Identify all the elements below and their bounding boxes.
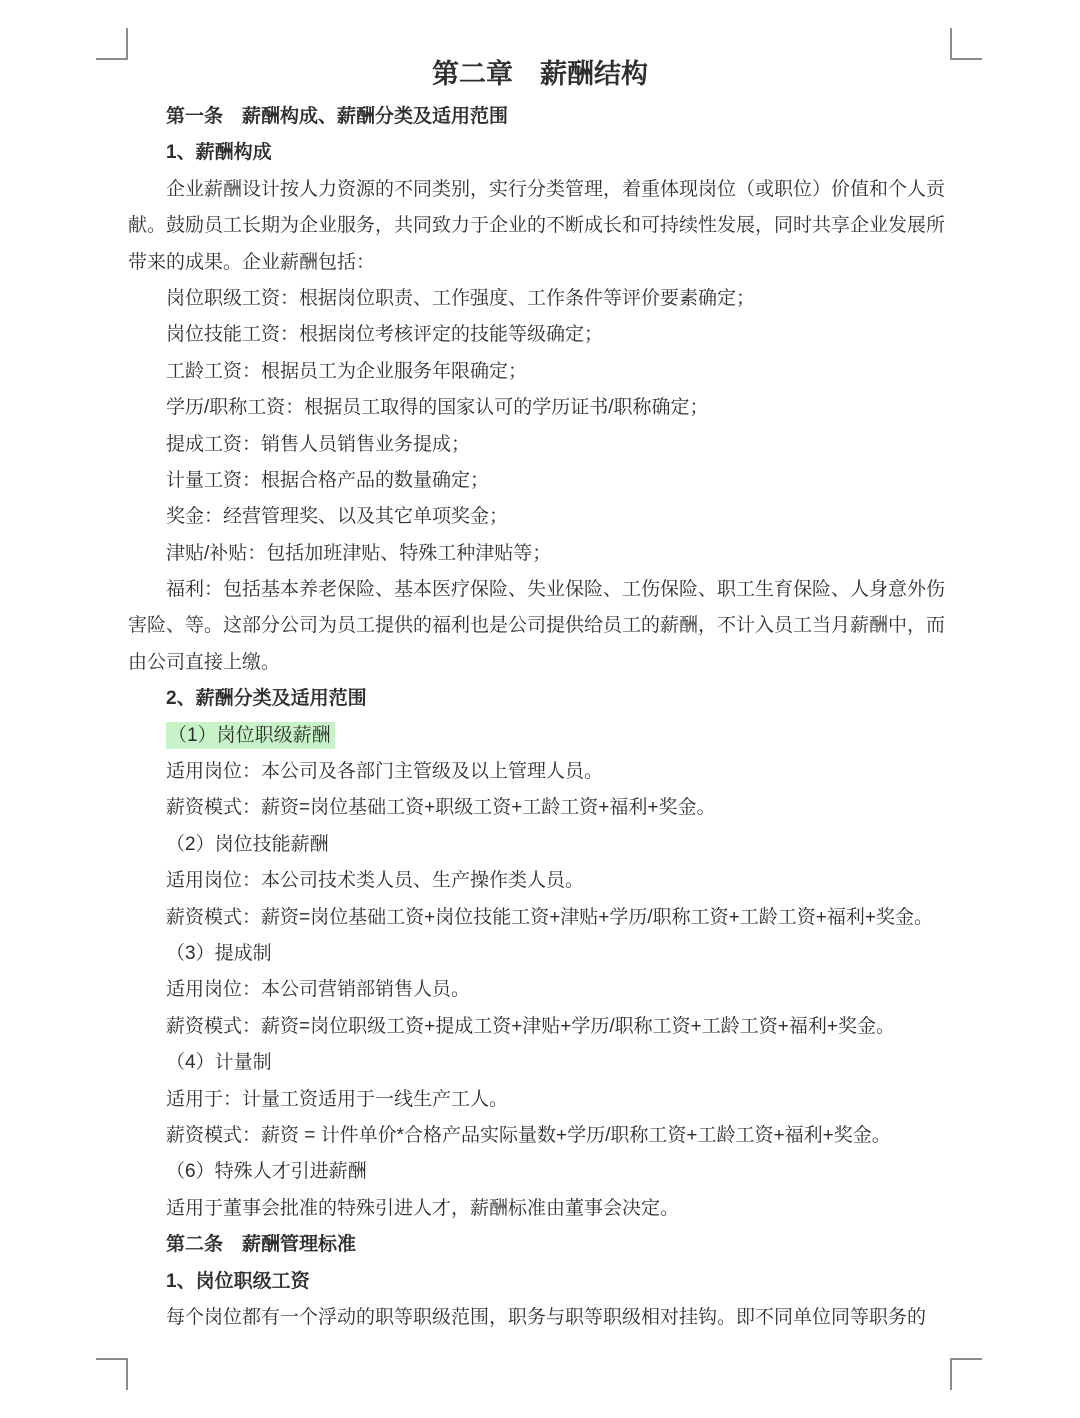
doc-line: （3）提成制 <box>128 936 952 972</box>
doc-line: 第二条 薪酬管理标准 <box>128 1227 952 1263</box>
doc-line: 由公司直接上缴。 <box>128 645 952 681</box>
doc-line: 薪资模式：薪资=岗位基础工资+职级工资+工龄工资+福利+奖金。 <box>128 790 952 826</box>
doc-line: 计量工资：根据合格产品的数量确定； <box>128 463 952 499</box>
doc-line: 适用于：计量工资适用于一线生产工人。 <box>128 1082 952 1118</box>
text-boundary-mark-top-right-icon <box>950 28 982 60</box>
doc-line: 1、薪酬构成 <box>128 135 952 171</box>
doc-line: 每个岗位都有一个浮动的职等职级范围，职务与职等职级相对挂钩。即不同单位同等职务的 <box>128 1300 952 1336</box>
doc-line: 适用岗位：本公司及各部门主管级及以上管理人员。 <box>128 754 952 790</box>
document-content: 第二章 薪酬结构 第一条 薪酬构成、薪酬分类及适用范围1、薪酬构成企业薪酬设计按… <box>128 52 952 1336</box>
doc-line: 1、岗位职级工资 <box>128 1264 952 1300</box>
doc-line: （4）计量制 <box>128 1045 952 1081</box>
doc-line: 害险、等。这部分公司为员工提供的福利也是公司提供给员工的薪酬，不计入员工当月薪酬… <box>128 608 952 644</box>
doc-line: 津贴/补贴：包括加班津贴、特殊工种津贴等； <box>128 536 952 572</box>
text-boundary-mark-top-left-icon <box>96 28 128 60</box>
doc-line: 薪资模式：薪资=岗位基础工资+岗位技能工资+津贴+学历/职称工资+工龄工资+福利… <box>128 900 952 936</box>
doc-line: 福利：包括基本养老保险、基本医疗保险、失业保险、工伤保险、职工生育保险、人身意外… <box>128 572 952 608</box>
text-boundary-mark-bottom-right-icon <box>950 1358 982 1390</box>
doc-line: （6）特殊人才引进薪酬 <box>128 1154 952 1190</box>
doc-line: （2）岗位技能薪酬 <box>128 827 952 863</box>
doc-line: 薪资模式：薪资 = 计件单价*合格产品实际量数+学历/职称工资+工龄工资+福利+… <box>128 1118 952 1154</box>
doc-line: 岗位职级工资：根据岗位职责、工作强度、工作条件等评价要素确定； <box>128 281 952 317</box>
document-page: 第二章 薪酬结构 第一条 薪酬构成、薪酬分类及适用范围1、薪酬构成企业薪酬设计按… <box>0 0 1080 1418</box>
doc-line: 奖金：经营管理奖、以及其它单项奖金； <box>128 499 952 535</box>
doc-line: 献。鼓励员工长期为企业服务，共同致力于企业的不断成长和可持续性发展，同时共享企业… <box>128 208 952 244</box>
doc-line: 适用岗位：本公司技术类人员、生产操作类人员。 <box>128 863 952 899</box>
text-boundary-mark-bottom-left-icon <box>96 1358 128 1390</box>
doc-line: 学历/职称工资：根据员工取得的国家认可的学历证书/职称确定； <box>128 390 952 426</box>
doc-line: 带来的成果。企业薪酬包括： <box>128 245 952 281</box>
highlighted-text: （1）岗位职级薪酬 <box>166 722 335 749</box>
doc-line: 薪资模式：薪资=岗位职级工资+提成工资+津贴+学历/职称工资+工龄工资+福利+奖… <box>128 1009 952 1045</box>
doc-line: 第一条 薪酬构成、薪酬分类及适用范围 <box>128 99 952 135</box>
doc-line: 适用岗位：本公司营销部销售人员。 <box>128 972 952 1008</box>
chapter-title: 第二章 薪酬结构 <box>128 52 952 99</box>
doc-line: （1）岗位职级薪酬 <box>128 718 952 754</box>
doc-line: 2、薪酬分类及适用范围 <box>128 681 952 717</box>
doc-line: 适用于董事会批准的特殊引进人才，薪酬标准由董事会决定。 <box>128 1191 952 1227</box>
doc-line: 工龄工资：根据员工为企业服务年限确定； <box>128 354 952 390</box>
doc-line: 提成工资：销售人员销售业务提成； <box>128 427 952 463</box>
doc-line: 岗位技能工资：根据岗位考核评定的技能等级确定； <box>128 317 952 353</box>
doc-line: 企业薪酬设计按人力资源的不同类别，实行分类管理，着重体现岗位（或职位）价值和个人… <box>128 172 952 208</box>
document-lines: 第一条 薪酬构成、薪酬分类及适用范围1、薪酬构成企业薪酬设计按人力资源的不同类别… <box>128 99 952 1336</box>
